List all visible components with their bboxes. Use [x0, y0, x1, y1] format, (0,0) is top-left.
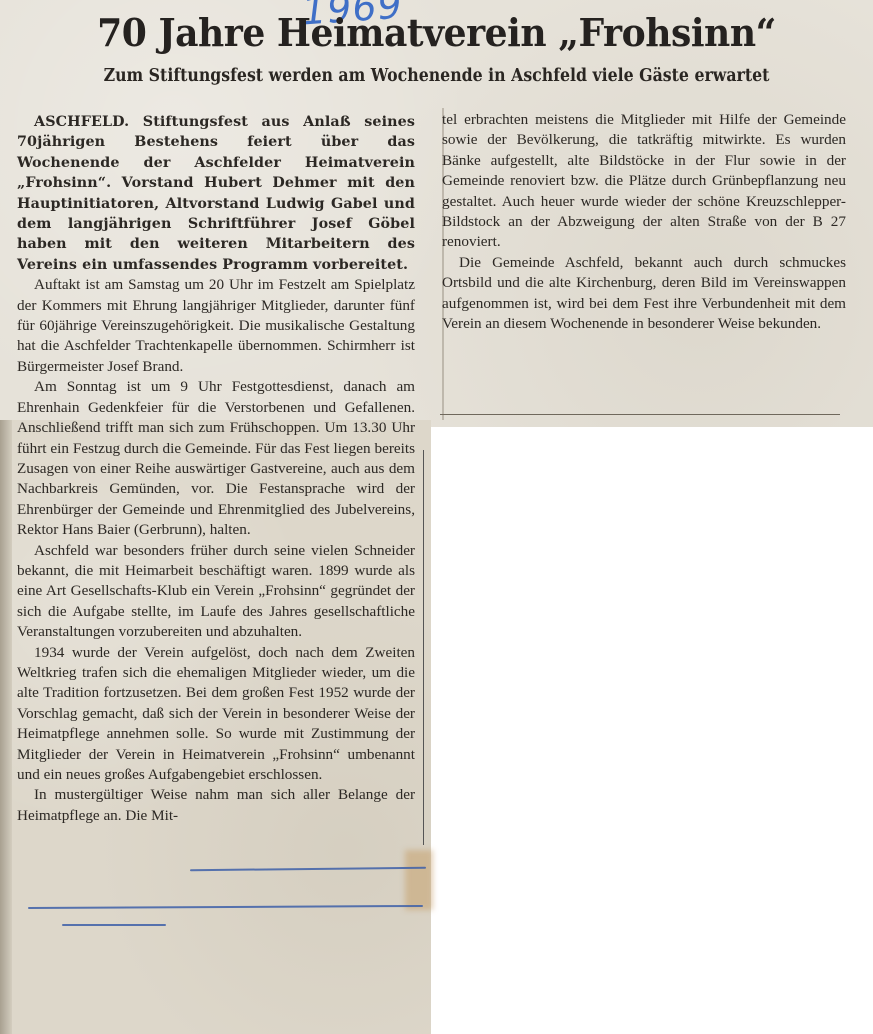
paper-stain	[405, 850, 433, 910]
article-headline: 70 Jahre Heimatverein „Frohsinn“	[22, 10, 851, 55]
paragraph-community: Die Gemeinde Aschfeld, bekannt auch durc…	[442, 253, 846, 335]
paper-edge-shadow	[0, 420, 12, 1034]
paragraph-history: Aschfeld war besonders früher durch sein…	[17, 541, 415, 643]
article-column-left: ASCHFELD. Stiftungsfest aus Anlaß seines…	[17, 112, 415, 826]
paragraph-refounding: 1934 wurde der Verein aufgelöst, doch na…	[17, 643, 415, 786]
paragraph-program-saturday: Auftakt ist am Samstag um 20 Uhr im Fest…	[17, 275, 415, 377]
article-column-right: tel erbrachten meistens die Mitglieder m…	[442, 110, 846, 334]
lead-paragraph: ASCHFELD. Stiftungsfest aus Anlaß seines…	[17, 112, 415, 275]
column-end-rule	[440, 414, 840, 415]
pen-underline	[62, 924, 166, 926]
paragraph-heimatpflege: In mustergültiger Weise nahm man sich al…	[17, 785, 415, 826]
paragraph-program-sunday: Am Sonntag ist um 9 Uhr Festgottesdienst…	[17, 377, 415, 540]
article-subheadline: Zum Stiftungsfest werden am Wochenende i…	[44, 66, 830, 86]
margin-pen-mark	[419, 450, 424, 845]
paragraph-continuation: tel erbrachten meistens die Mitglieder m…	[442, 110, 846, 253]
